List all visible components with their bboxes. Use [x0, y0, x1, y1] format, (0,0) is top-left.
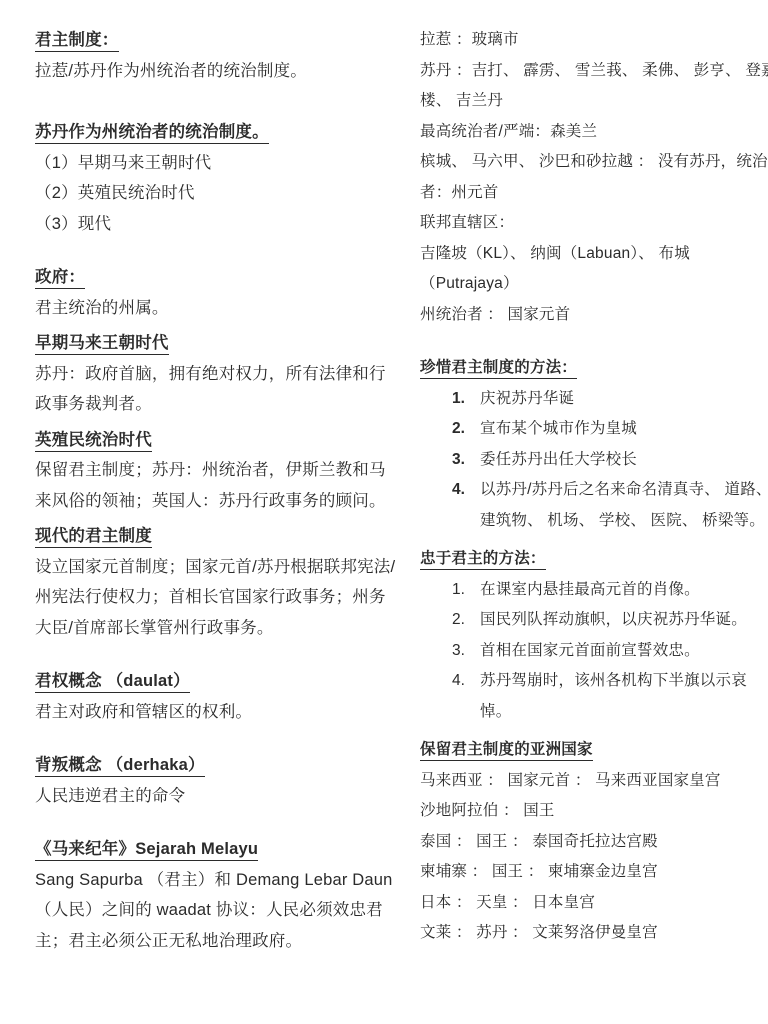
- text-line: 日本 ： 天皇 ： 日本皇宫: [420, 888, 755, 919]
- heading-line: 背叛概念 （derhaka）: [35, 750, 400, 781]
- section-heading-text: 早期马来王朝时代: [35, 334, 169, 355]
- heading-line: 英殖民统治时代: [35, 425, 400, 456]
- paragraph: 泰国 ： 国王 ： 泰国奇托拉达宫殿: [420, 827, 755, 858]
- text-line: 柬埔寨 ： 国王 ： 柬埔寨金边皇宫: [420, 857, 755, 888]
- heading-line: 忠于君主的方法：: [420, 544, 755, 575]
- text-line: 君主统治的州属。: [35, 293, 400, 324]
- text-line: 苏丹 ：吉打、 霹雳、 雪兰莪、 柔佛、 彭亨、 登嘉: [420, 56, 755, 87]
- list-text: 庆祝苏丹华诞: [480, 384, 574, 415]
- ordered-list: 1.在课室内悬挂最高元首的肖像。2.国民列队挥动旗帜，以庆祝苏丹华诞。3.首相在…: [420, 575, 755, 728]
- heading-line: 君权概念 （daulat）: [35, 666, 400, 697]
- list-text: 以苏丹/苏丹后之名来命名清真寺、 道路、建筑物、 机场、 学校、 医院、 桥梁等…: [480, 475, 768, 536]
- text-line: 楼、 吉兰丹: [420, 86, 755, 117]
- heading-line: 珍惜君主制度的方法：: [420, 353, 755, 384]
- text-line: 沙地阿拉伯 ： 国王: [420, 796, 755, 827]
- text-line: 以苏丹/苏丹后之名来命名清真寺、 道路、: [480, 475, 768, 506]
- text-line: 主；君主必须公正无私地治理政府。: [35, 926, 400, 957]
- text-line: （人民）之间的 waadat 协议：人民必须效忠君: [35, 895, 400, 926]
- section-heading-text: 珍惜君主制度的方法：: [420, 359, 577, 379]
- text-line: 拉惹/苏丹作为州统治者的统治制度。: [35, 56, 400, 87]
- list-number: 1.: [452, 575, 480, 606]
- section-heading: 英殖民统治时代: [35, 425, 400, 456]
- list-text: 在课室内悬挂最高元首的肖像。: [480, 575, 700, 606]
- list-text: 国民列队挥动旗帜，以庆祝苏丹华诞。: [480, 605, 747, 636]
- left-column: 君主制度：拉惹/苏丹作为州统治者的统治制度。苏丹作为州统治者的统治制度。（1）早…: [35, 25, 400, 956]
- text-line: 人民违逆君主的命令: [35, 781, 400, 812]
- text-line: 政事务裁判者。: [35, 389, 400, 420]
- text-line: 联邦直辖区：: [420, 208, 755, 239]
- text-line: 宣布某个城市作为皇城: [480, 414, 637, 445]
- section-heading: 保留君主制度的亚洲国家: [420, 735, 755, 766]
- text-line: 建筑物、 机场、 学校、 医院、 桥梁等。: [480, 506, 768, 537]
- paragraph: 马来西亚 ： 国家元首 ： 马来西亚国家皇宫: [420, 766, 755, 797]
- text-line: 庆祝苏丹华诞: [480, 384, 574, 415]
- paragraph: 拉惹/苏丹作为州统治者的统治制度。: [35, 56, 400, 87]
- text-line: 苏丹驾崩时，该州各机构下半旗以示哀: [480, 666, 747, 697]
- ordered-list: 1.庆祝苏丹华诞2.宣布某个城市作为皇城3.委任苏丹出任大学校长4.以苏丹/苏丹…: [420, 384, 755, 537]
- text-line: Sang Sapurba （君主）和 Demang Lebar Daun: [35, 865, 400, 896]
- text-line: 来风俗的领袖；英国人：苏丹行政事务的顾问。: [35, 486, 400, 517]
- list-item: 1.在课室内悬挂最高元首的肖像。: [452, 575, 755, 606]
- heading-line: 苏丹作为州统治者的统治制度。: [35, 117, 400, 148]
- text-line: 君主对政府和管辖区的权利。: [35, 697, 400, 728]
- section-heading-text: 保留君主制度的亚洲国家: [420, 741, 593, 761]
- paragraph: 州统治者 ： 国家元首: [420, 300, 755, 331]
- text-line: 设立国家元首制度；国家元首/苏丹根据联邦宪法/: [35, 552, 400, 583]
- list-number: 2.: [452, 605, 480, 636]
- paragraph: 苏丹 ：吉打、 霹雳、 雪兰莪、 柔佛、 彭亨、 登嘉楼、 吉兰丹: [420, 56, 755, 117]
- heading-line: 保留君主制度的亚洲国家: [420, 735, 755, 766]
- section-heading: 早期马来王朝时代: [35, 328, 400, 359]
- text-line: 在课室内悬挂最高元首的肖像。: [480, 575, 700, 606]
- text-line: 州宪法行使权力；首相长官国家行政事务；州务: [35, 582, 400, 613]
- section-heading-text: 苏丹作为州统治者的统治制度。: [35, 123, 269, 144]
- list-number: 3.: [452, 445, 480, 476]
- paragraph: 保留君主制度；苏丹：州统治者，伊斯兰教和马来风俗的领袖；英国人：苏丹行政事务的顾…: [35, 455, 400, 516]
- heading-line: 早期马来王朝时代: [35, 328, 400, 359]
- section-heading: 现代的君主制度: [35, 521, 400, 552]
- text-line: 首相在国家元首面前宣誓效忠。: [480, 636, 700, 667]
- section-heading-text: 政府：: [35, 268, 85, 289]
- section-heading-text: 君主制度：: [35, 31, 119, 52]
- list-item: 2.宣布某个城市作为皇城: [452, 414, 755, 445]
- paragraph: 吉隆坡（KL）、 纳闽（Labuan）、 布城（Putrajaya）: [420, 239, 755, 300]
- section-heading-text: 英殖民统治时代: [35, 431, 152, 452]
- text-line: 委任苏丹出任大学校长: [480, 445, 637, 476]
- text-line: 者：州元首: [420, 178, 755, 209]
- list-text: 委任苏丹出任大学校长: [480, 445, 637, 476]
- list-text: 宣布某个城市作为皇城: [480, 414, 637, 445]
- text-line: 州统治者 ： 国家元首: [420, 300, 755, 331]
- paragraph: 苏丹：政府首脑，拥有绝对权力，所有法律和行政事务裁判者。: [35, 359, 400, 420]
- list-number: 1.: [452, 384, 480, 415]
- list-number: 4.: [452, 666, 480, 697]
- text-line: 马来西亚 ： 国家元首 ： 马来西亚国家皇宫: [420, 766, 755, 797]
- text-line: 吉隆坡（KL）、 纳闽（Labuan）、 布城: [420, 239, 755, 270]
- paragraph: 拉惹 ：玻璃市: [420, 25, 755, 56]
- paragraph: 最高统治者/严端：森美兰: [420, 117, 755, 148]
- paragraph: 人民违逆君主的命令: [35, 781, 400, 812]
- heading-line: 君主制度：: [35, 25, 400, 56]
- paragraph: 联邦直辖区：: [420, 208, 755, 239]
- section-heading-text: 背叛概念 （derhaka）: [35, 756, 205, 777]
- section-heading: 《马来纪年》Sejarah Melayu: [35, 834, 400, 865]
- heading-line: 政府：: [35, 262, 400, 293]
- paragraph: 文莱 ： 苏丹 ： 文莱努洛伊曼皇宫: [420, 918, 755, 949]
- list-text: 苏丹驾崩时，该州各机构下半旗以示哀悼。: [480, 666, 747, 727]
- text-line: 国民列队挥动旗帜，以庆祝苏丹华诞。: [480, 605, 747, 636]
- paragraph: 君主对政府和管辖区的权利。: [35, 697, 400, 728]
- text-line: （2）英殖民统治时代: [35, 178, 400, 209]
- text-line: 拉惹 ：玻璃市: [420, 25, 755, 56]
- paragraph: （1）早期马来王朝时代（2）英殖民统治时代（3）现代: [35, 148, 400, 240]
- list-text: 首相在国家元首面前宣誓效忠。: [480, 636, 700, 667]
- section-heading: 君主制度：: [35, 25, 400, 56]
- text-line: 悼。: [480, 697, 747, 728]
- text-line: 泰国 ： 国王 ： 泰国奇托拉达宫殿: [420, 827, 755, 858]
- paragraph: 沙地阿拉伯 ： 国王: [420, 796, 755, 827]
- section-heading: 珍惜君主制度的方法：: [420, 353, 755, 384]
- section-heading: 忠于君主的方法：: [420, 544, 755, 575]
- section-heading: 政府：: [35, 262, 400, 293]
- list-number: 4.: [452, 475, 480, 506]
- list-item: 4.苏丹驾崩时，该州各机构下半旗以示哀悼。: [452, 666, 755, 727]
- text-line: 保留君主制度；苏丹：州统治者，伊斯兰教和马: [35, 455, 400, 486]
- heading-line: 《马来纪年》Sejarah Melayu: [35, 834, 400, 865]
- heading-line: 现代的君主制度: [35, 521, 400, 552]
- text-line: （1）早期马来王朝时代: [35, 148, 400, 179]
- list-item: 2.国民列队挥动旗帜，以庆祝苏丹华诞。: [452, 605, 755, 636]
- paragraph: 君主统治的州属。: [35, 293, 400, 324]
- text-line: 大臣/首席部长掌管州行政事务。: [35, 613, 400, 644]
- paragraph: Sang Sapurba （君主）和 Demang Lebar Daun（人民）…: [35, 865, 400, 957]
- text-line: 槟城、 马六甲、 沙巴和砂拉越 ： 没有苏丹，统治: [420, 147, 755, 178]
- text-line: 文莱 ： 苏丹 ： 文莱努洛伊曼皇宫: [420, 918, 755, 949]
- list-number: 3.: [452, 636, 480, 667]
- list-item: 1.庆祝苏丹华诞: [452, 384, 755, 415]
- text-line: 最高统治者/严端：森美兰: [420, 117, 755, 148]
- list-item: 4.以苏丹/苏丹后之名来命名清真寺、 道路、建筑物、 机场、 学校、 医院、 桥…: [452, 475, 755, 536]
- paragraph: 日本 ： 天皇 ： 日本皇宫: [420, 888, 755, 919]
- section-heading-text: 忠于君主的方法：: [420, 550, 546, 570]
- list-item: 3.委任苏丹出任大学校长: [452, 445, 755, 476]
- paragraph: 槟城、 马六甲、 沙巴和砂拉越 ： 没有苏丹，统治者：州元首: [420, 147, 755, 208]
- paragraph: 设立国家元首制度；国家元首/苏丹根据联邦宪法/州宪法行使权力；首相长官国家行政事…: [35, 552, 400, 644]
- list-item: 3.首相在国家元首面前宣誓效忠。: [452, 636, 755, 667]
- section-heading-text: 现代的君主制度: [35, 527, 152, 548]
- section-heading-text: 《马来纪年》Sejarah Melayu: [35, 840, 258, 861]
- text-line: （3）现代: [35, 209, 400, 240]
- document-page: 君主制度：拉惹/苏丹作为州统治者的统治制度。苏丹作为州统治者的统治制度。（1）早…: [0, 0, 768, 1024]
- section-heading: 苏丹作为州统治者的统治制度。: [35, 117, 400, 148]
- section-heading-text: 君权概念 （daulat）: [35, 672, 190, 693]
- text-line: 苏丹：政府首脑，拥有绝对权力，所有法律和行: [35, 359, 400, 390]
- right-column: 拉惹 ：玻璃市苏丹 ：吉打、 霹雳、 雪兰莪、 柔佛、 彭亨、 登嘉楼、 吉兰丹…: [420, 25, 755, 949]
- section-heading: 君权概念 （daulat）: [35, 666, 400, 697]
- paragraph: 柬埔寨 ： 国王 ： 柬埔寨金边皇宫: [420, 857, 755, 888]
- list-number: 2.: [452, 414, 480, 445]
- text-line: （Putrajaya）: [420, 269, 755, 300]
- section-heading: 背叛概念 （derhaka）: [35, 750, 400, 781]
